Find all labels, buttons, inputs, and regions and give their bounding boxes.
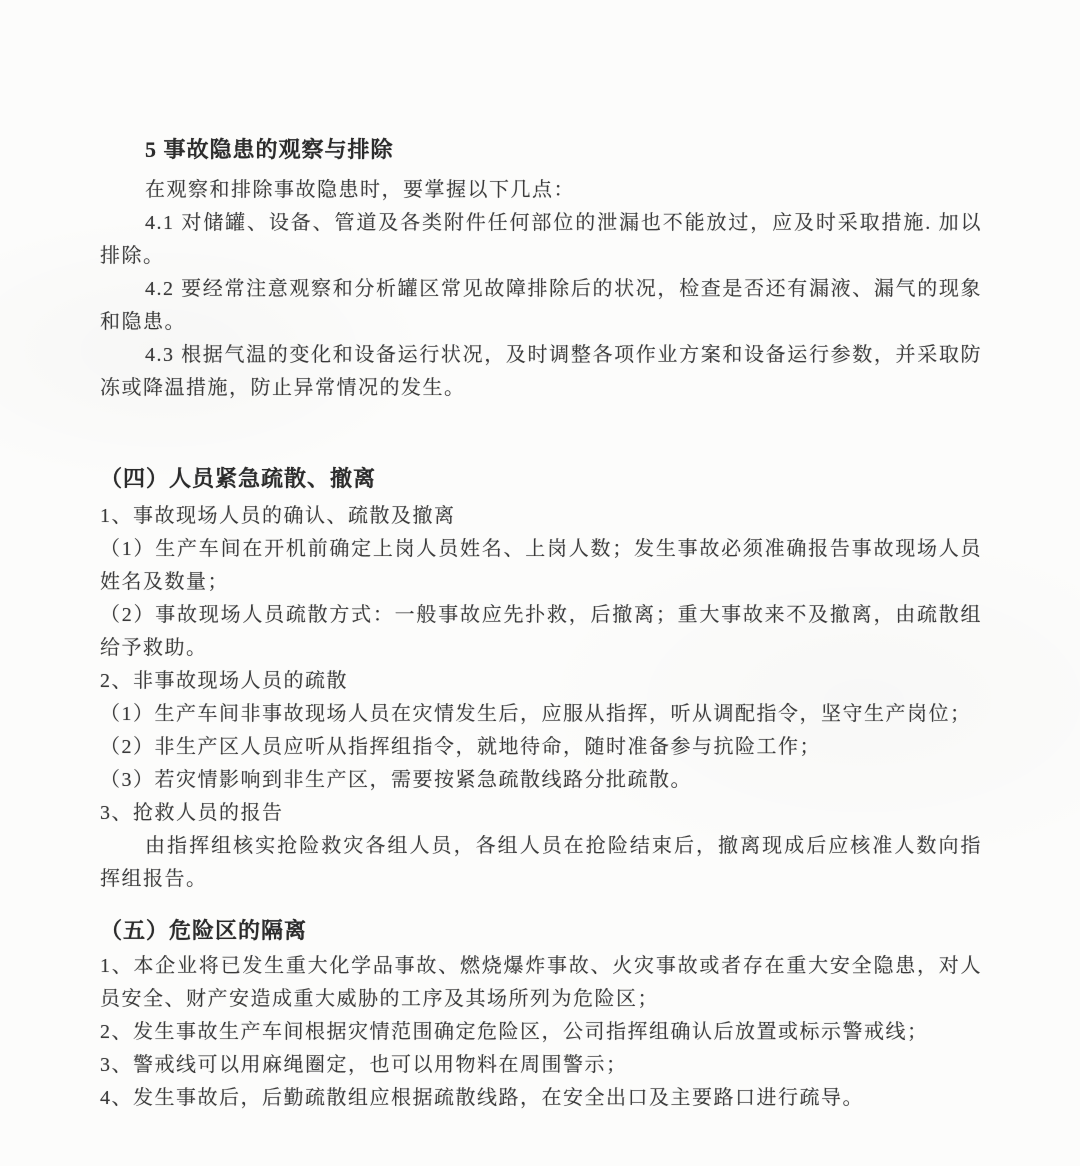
paragraph: 由指挥组核实抢险救灾各组人员，各组人员在抢险结束后，撤离现成后应核准人数向指挥组… [100,830,982,896]
paragraph: 2、发生事故生产车间根据灾情范围确定危险区，公司指挥组确认后放置或标示警戒线； [100,1016,982,1049]
section-danger-zone-isolation: （五）危险区的隔离 1、本企业将已发生重大化学品事故、燃烧爆炸事故、火灾事故或者… [100,917,982,1115]
paragraph: 2、非事故现场人员的疏散 [100,665,982,698]
paragraph: （2）事故现场人员疏散方式：一般事故应先扑救，后撤离；重大事故来不及撤离，由疏散… [100,599,982,665]
paragraph: 4.2 要经常注意观察和分析罐区常见故障排除后的状况，检查是否还有漏液、漏气的现… [100,273,982,339]
paragraph: （3）若灾情影响到非生产区，需要按紧急疏散线路分批疏散。 [100,764,982,797]
section-5-heading: 5 事故隐患的观察与排除 [145,136,982,164]
paragraph: （2）非生产区人员应听从指挥组指令，就地待命，随时准备参与抗险工作； [100,731,982,764]
paragraph: 1、本企业将已发生重大化学品事故、燃烧爆炸事故、火灾事故或者存在重大安全隐患，对… [100,950,982,1016]
section-five-heading: （五）危险区的隔离 [100,917,982,945]
paragraph: 3、警戒线可以用麻绳圈定，也可以用物料在周围警示； [100,1049,982,1082]
paragraph: 1、事故现场人员的确认、疏散及撤离 [100,500,982,533]
paragraph: 4.1 对储罐、设备、管道及各类附件任何部位的泄漏也不能放过，应及时采取措施. … [100,207,982,273]
document-page: 5 事故隐患的观察与排除 在观察和排除事故隐患时，要掌握以下几点： 4.1 对储… [0,0,1080,1166]
paragraph: 3、抢救人员的报告 [100,797,982,830]
section-hazard-observation: 5 事故隐患的观察与排除 在观察和排除事故隐患时，要掌握以下几点： 4.1 对储… [100,136,982,405]
paragraph: 在观察和排除事故隐患时，要掌握以下几点： [100,174,982,207]
section-emergency-evacuation: （四）人员紧急疏散、撤离 1、事故现场人员的确认、疏散及撤离 （1）生产车间在开… [100,465,982,896]
paragraph: 4、发生事故后，后勤疏散组应根据疏散线路，在安全出口及主要路口进行疏导。 [100,1082,982,1115]
section-four-heading: （四）人员紧急疏散、撤离 [100,465,982,493]
paragraph: （1）生产车间非事故现场人员在灾情发生后，应服从指挥，听从调配指令，坚守生产岗位… [100,698,982,731]
paragraph: （1）生产车间在开机前确定上岗人员姓名、上岗人数；发生事故必须准确报告事故现场人… [100,533,982,599]
paragraph: 4.3 根据气温的变化和设备运行状况，及时调整各项作业方案和设备运行参数，并采取… [100,339,982,405]
